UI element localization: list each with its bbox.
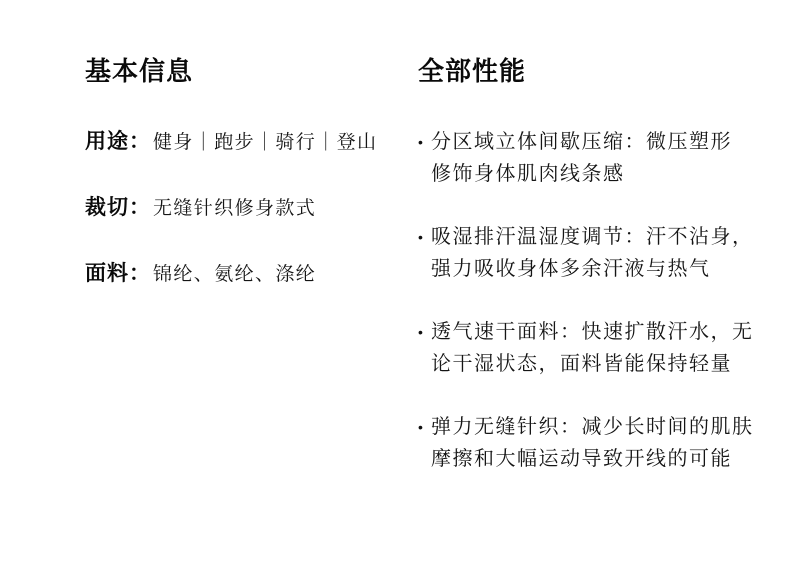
fabric-value: 锦纶、氨纶、涤纶: [153, 262, 316, 288]
feature-list: • 分区域立体间歇压缩：微压塑形 修饰身体肌肉线条感 • 吸湿排汗温湿度调节：汗…: [418, 126, 768, 475]
usage-label: 用途：: [85, 129, 151, 155]
feature-line: 摩擦和大幅运动导致开线的可能: [431, 443, 768, 475]
product-info-page: 基本信息 用途： 健身｜跑步｜骑行｜登山 裁切： 无缝针织修身款式 面料： 锦纶…: [0, 0, 790, 567]
feature-item-elastic: • 弹力无缝针织：减少长时间的肌肤 摩擦和大幅运动导致开线的可能: [418, 411, 768, 475]
basic-info-section: 基本信息 用途： 健身｜跑步｜骑行｜登山 裁切： 无缝针织修身款式 面料： 锦纶…: [85, 57, 405, 288]
performance-title: 全部性能: [418, 57, 768, 85]
feature-line: 分区域立体间歇压缩：微压塑形: [431, 126, 768, 158]
feature-item-moisture: • 吸湿排汗温湿度调节：汗不沾身， 强力吸收身体多余汗液与热气: [418, 221, 768, 285]
feature-line: 强力吸收身体多余汗液与热气: [431, 253, 768, 285]
bullet-icon: •: [418, 316, 424, 348]
usage-value: 健身｜跑步｜骑行｜登山: [153, 130, 377, 156]
feature-line: 吸湿排汗温湿度调节：汗不沾身，: [431, 221, 768, 253]
feature-item-compression: • 分区域立体间歇压缩：微压塑形 修饰身体肌肉线条感: [418, 126, 768, 190]
cut-label: 裁切：: [85, 195, 151, 221]
feature-line: 透气速干面料：快速扩散汗水，无: [431, 316, 768, 348]
performance-section: 全部性能 • 分区域立体间歇压缩：微压塑形 修饰身体肌肉线条感 • 吸湿排汗温湿…: [418, 57, 768, 475]
cut-value: 无缝针织修身款式: [153, 196, 316, 222]
bullet-icon: •: [418, 126, 424, 158]
info-row-cut: 裁切： 无缝针织修身款式: [85, 195, 405, 222]
basic-info-title: 基本信息: [85, 57, 405, 85]
bullet-icon: •: [418, 411, 424, 443]
feature-line: 修饰身体肌肉线条感: [431, 158, 768, 190]
info-row-fabric: 面料： 锦纶、氨纶、涤纶: [85, 261, 405, 288]
fabric-label: 面料：: [85, 261, 151, 287]
feature-line: 论干湿状态，面料皆能保持轻量: [431, 348, 768, 380]
bullet-icon: •: [418, 221, 424, 253]
feature-line: 弹力无缝针织：减少长时间的肌肤: [431, 411, 768, 443]
feature-item-quickdry: • 透气速干面料：快速扩散汗水，无 论干湿状态，面料皆能保持轻量: [418, 316, 768, 380]
info-row-usage: 用途： 健身｜跑步｜骑行｜登山: [85, 129, 405, 156]
